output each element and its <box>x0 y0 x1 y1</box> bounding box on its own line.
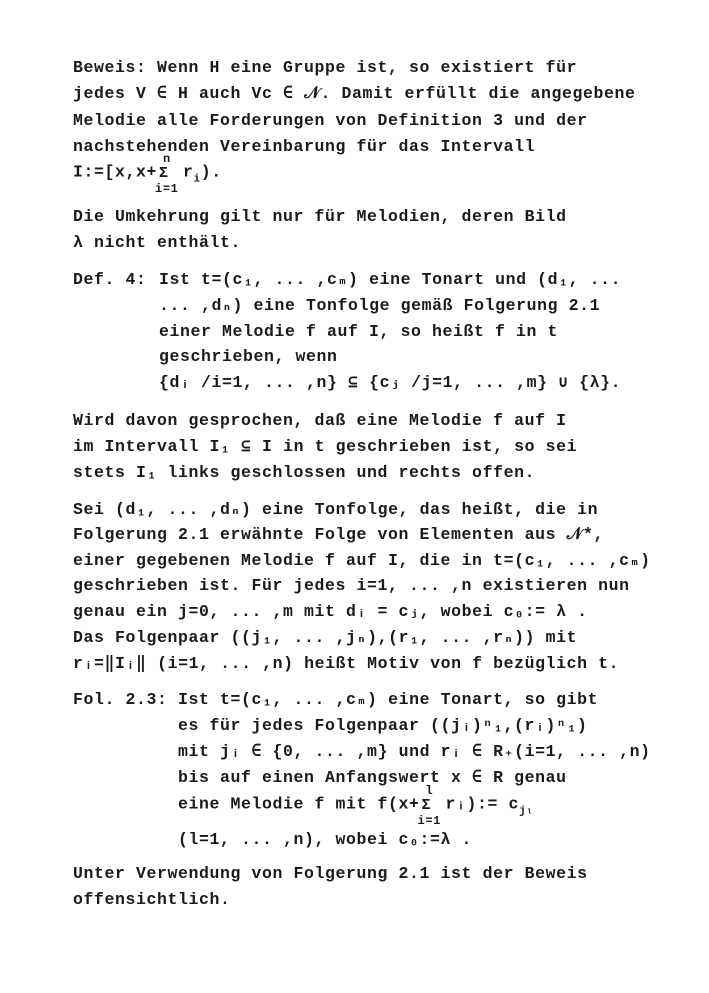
interval-suffix-sub: i <box>194 173 201 185</box>
sei-line-4: geschrieben ist. Für jedes i=1, ... ,n e… <box>73 576 630 596</box>
conclusion-line-2: offensichtlich. <box>73 890 231 910</box>
def4-label: Def. 4: <box>73 270 147 290</box>
fol23-label: Fol. 2.3: <box>73 690 168 710</box>
interval-end: ). <box>201 162 222 181</box>
fol23-line-2: es für jedes Folgenpaar ((jᵢ)ⁿ₁,(rᵢ)ⁿ₁) <box>178 716 588 736</box>
wird-line-3: stets I₁ links geschlossen und rechts of… <box>73 463 535 483</box>
wird-line-1: Wird davon gesprochen, daß eine Melodie … <box>73 411 567 431</box>
def4-line-4: geschrieben, wenn <box>159 347 338 367</box>
sum-lower: i=1 <box>418 811 441 831</box>
fol23-line-3: mit jᵢ ∈ {0, ... ,m} und rᵢ ∈ R₊(i=1, ..… <box>178 742 651 762</box>
interval-formula: I:=[x,x+nΣi=1ri). <box>73 162 222 182</box>
beweis-line-3: Melodie alle Forderungen von Definition … <box>73 111 588 131</box>
fol23-line-1: Ist t=(c₁, ... ,cₘ) eine Tonart, so gibt <box>178 690 598 710</box>
def4-line-2: ... ,dₙ) eine Tonfolge gemäß Folgerung 2… <box>159 296 600 316</box>
def4-line-3: einer Melodie f auf I, so heißt f in t <box>159 322 558 342</box>
fol23-line5-suffix: rᵢ):= c <box>446 794 520 813</box>
def4-line-1: Ist t=(c₁, ... ,cₘ) eine Tonart und (d₁,… <box>159 270 621 290</box>
sei-line-7: rᵢ=‖Iᵢ‖ (i=1, ... ,n) heißt Motiv von f … <box>73 654 619 674</box>
sei-line-6: Das Folgenpaar ((j₁, ... ,jₙ),(r₁, ... ,… <box>73 628 577 648</box>
sei-line-1: Sei (d₁, ... ,dₙ) eine Tonfolge, das hei… <box>73 500 598 520</box>
fol23-line-4: bis auf einen Anfangswert x ∈ R genau <box>178 768 567 788</box>
interval-suffix: r <box>183 162 194 181</box>
sum-symbol-icon: lΣi=1 <box>420 794 446 814</box>
conclusion-line-1: Unter Verwendung von Folgerung 2.1 ist d… <box>73 864 588 884</box>
fol23-line-6: (l=1, ... ,n), wobei c₀:=λ . <box>178 830 472 850</box>
document-page: Beweis: Wenn H eine Gruppe ist, so exist… <box>0 0 709 993</box>
fol23-line5-prefix: eine Melodie f mit f(x+ <box>178 794 420 813</box>
beweis-line-1: Beweis: Wenn H eine Gruppe ist, so exist… <box>73 58 577 78</box>
beweis-line-2: jedes V ∈ H auch Vc ∈ 𝒩. Damit erfüllt d… <box>73 84 636 104</box>
sei-line-3: einer gegebenen Melodie f auf I, die in … <box>73 551 651 571</box>
sum-lower: i=1 <box>155 179 178 199</box>
sei-line-2: Folgerung 2.1 erwähnte Folge von Element… <box>73 525 604 545</box>
fol23-line5-suffix-sub: jₗ <box>519 805 533 817</box>
wird-line-2: im Intervall I₁ ⊆ I in t geschrieben ist… <box>73 437 577 457</box>
sei-line-5: genau ein j=0, ... ,m mit dᵢ = cⱼ, wobei… <box>73 602 588 622</box>
umkehrung-line-1: Die Umkehrung gilt nur für Melodien, der… <box>73 207 567 227</box>
umkehrung-line-2: λ nicht enthält. <box>73 233 241 253</box>
def4-line-5: {dᵢ /i=1, ... ,n} ⊆ {cⱼ /j=1, ... ,m} ∪ … <box>159 373 621 393</box>
fol23-line-5: eine Melodie f mit f(x+lΣi=1rᵢ):= cjₗ <box>178 794 534 814</box>
beweis-line-4: nachstehenden Vereinbarung für das Inter… <box>73 137 535 157</box>
interval-prefix: I:=[x,x+ <box>73 162 157 181</box>
sum-symbol-icon: nΣi=1 <box>157 162 183 182</box>
